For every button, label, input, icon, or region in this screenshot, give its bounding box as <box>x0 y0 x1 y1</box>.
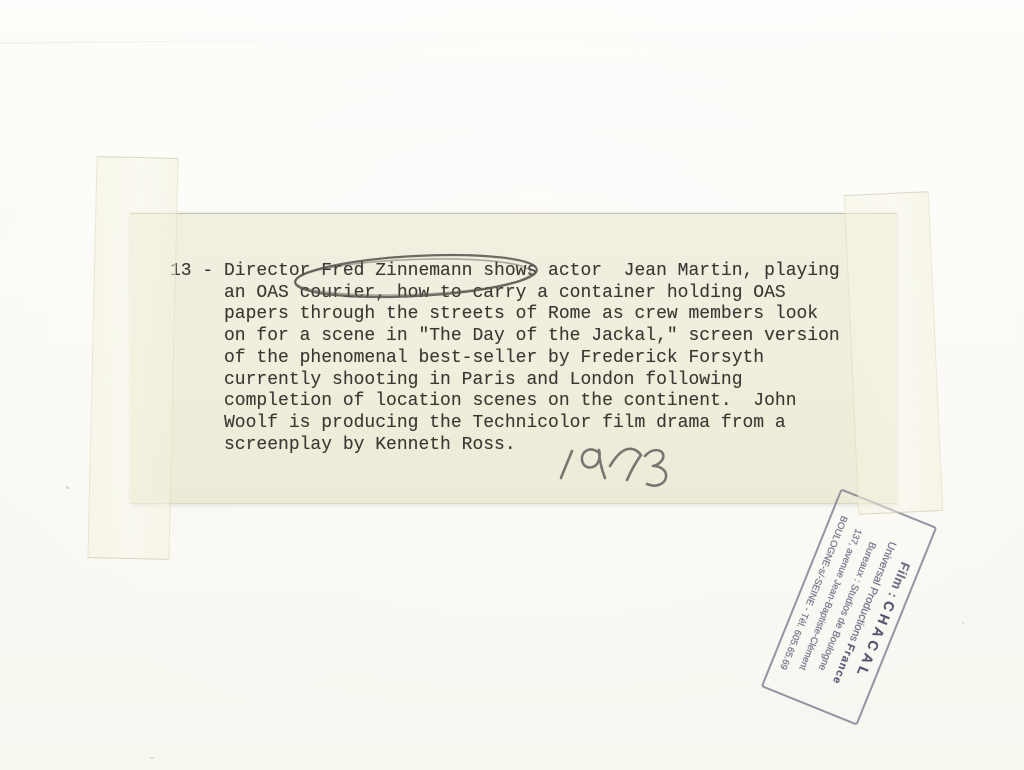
stamp-film-prefix: Film : <box>885 560 913 601</box>
paper-speck <box>150 757 154 759</box>
paper-speck <box>66 486 69 489</box>
photo-back-scan: 13 - Director Fred Zinnemann shows actor… <box>0 0 1024 770</box>
typed-caption-text: 13 - Director Fred Zinnemann shows actor… <box>170 261 840 456</box>
paper-speck <box>962 622 964 624</box>
distributor-stamp: Film :CHACAL Universal Productions Franc… <box>761 488 938 725</box>
mounting-tape-left <box>87 156 178 560</box>
scanner-edge-highlight <box>0 0 1024 46</box>
mounting-tape-right <box>844 191 943 515</box>
